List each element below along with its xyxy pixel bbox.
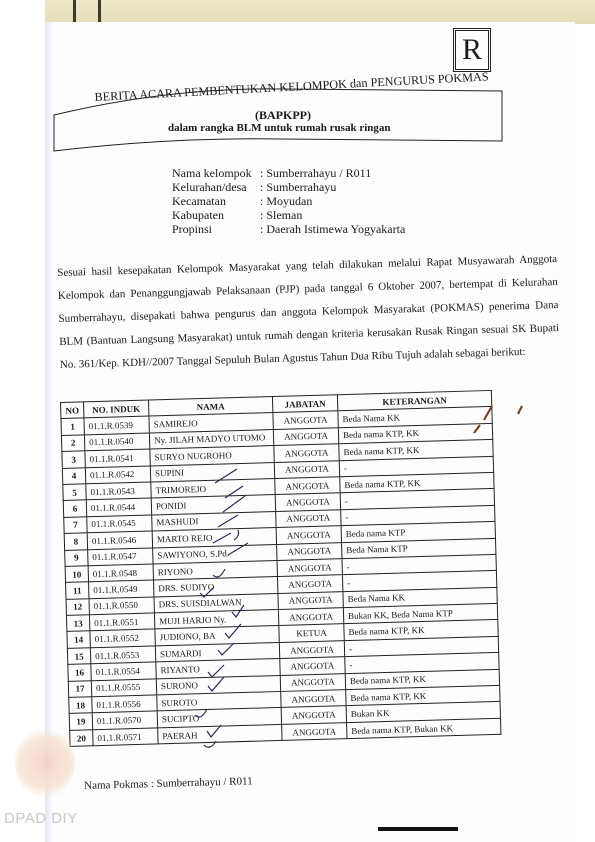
cell-jabatan: ANGGOTA — [275, 493, 340, 511]
info-row: Propinsi: Daerah Istimewa Yogyakarta — [172, 222, 405, 236]
cell-jabatan: ANGGOTA — [274, 444, 339, 462]
info-row: Kabupaten: Sleman — [172, 208, 405, 222]
cell-no: 13 — [66, 615, 89, 632]
cell-induk: 01.1.R.0541 — [85, 449, 150, 467]
cell-no: 3 — [62, 451, 85, 468]
binder-ring — [98, 0, 101, 22]
body-paragraph: Sesuai hasil kesepakatan Kelompok Masyar… — [57, 248, 560, 377]
cell-induk: 01.1.R.0542 — [85, 466, 150, 484]
cell-jabatan: ANGGOTA — [280, 657, 345, 675]
cell-no: 9 — [65, 549, 88, 566]
cell-jabatan: ANGGOTA — [277, 559, 342, 577]
document-purpose: dalam rangka BLM untuk rumah rusak ringa… — [168, 122, 391, 134]
cell-no: 12 — [66, 598, 89, 615]
binder-ring — [73, 0, 76, 22]
col-header-no: NO — [61, 402, 84, 419]
cell-induk: 01.1.R.0545 — [87, 515, 152, 533]
cell-no: 19 — [69, 713, 92, 730]
bottom-marker — [378, 827, 458, 831]
cell-induk: 01.1.R.0550 — [89, 597, 154, 615]
cell-jabatan: ANGGOTA — [282, 722, 347, 740]
cell-no: 10 — [65, 566, 88, 583]
cell-no: 8 — [64, 533, 87, 550]
cell-induk: 01.1.R.0551 — [89, 613, 154, 631]
cell-induk: 01.1.R.0547 — [88, 547, 153, 565]
col-header-induk: NO. INDUK — [84, 400, 149, 418]
members-table-wrapper: NO NO. INDUK NAMA JABATAN KETERANGAN 101… — [60, 390, 501, 747]
col-header-jabatan: JABATAN — [272, 395, 337, 413]
info-value: : Sumberrahayu — [260, 180, 336, 194]
cell-no: 1 — [61, 418, 84, 435]
cell-induk: 01.1.R.0552 — [90, 629, 155, 647]
info-label: Kelurahan/desa — [172, 180, 260, 194]
info-row: Kelurahan/desa: Sumberrahayu — [172, 180, 405, 194]
cell-induk: 01.1.R.0549 — [89, 580, 154, 598]
cell-no: 17 — [68, 680, 91, 697]
info-value: : Daerah Istimewa Yogyakarta — [260, 222, 405, 236]
cell-induk: 01.1.R.0544 — [86, 498, 151, 516]
info-value: : Moyudan — [260, 194, 312, 208]
info-value: : Sleman — [260, 208, 302, 222]
group-info: Nama kelompok: Sumberrahayu / R011 Kelur… — [172, 166, 405, 236]
cell-induk: 01.1.R.0570 — [92, 711, 157, 729]
cell-induk: 01.1.R.0555 — [91, 679, 156, 697]
cell-induk: 01.1.R.0553 — [90, 646, 155, 664]
cell-no: 7 — [64, 517, 87, 534]
cell-jabatan: ANGGOTA — [277, 575, 342, 593]
cell-jabatan: ANGGOTA — [279, 641, 344, 659]
info-row: Kecamatan: Moyudan — [172, 194, 405, 208]
info-row: Nama kelompok: Sumberrahayu / R011 — [172, 166, 405, 180]
cell-induk: 01.1.R.0554 — [91, 662, 156, 680]
members-table: NO NO. INDUK NAMA JABATAN KETERANGAN 101… — [60, 390, 501, 747]
cell-no: 5 — [63, 484, 86, 501]
cell-induk: 01.1.R.0546 — [87, 531, 152, 549]
info-label: Kecamatan — [172, 194, 260, 208]
cell-jabatan: ANGGOTA — [273, 411, 338, 429]
cell-jabatan: ANGGOTA — [280, 673, 345, 691]
cell-jabatan: ANGGOTA — [275, 477, 340, 495]
cell-no: 15 — [67, 648, 90, 665]
cell-induk: 01.1.R.0556 — [92, 695, 157, 713]
archive-watermark: DPAD DIY — [4, 810, 78, 827]
cell-jabatan: ANGGOTA — [273, 428, 338, 446]
cell-no: 6 — [63, 500, 86, 517]
cell-induk: 01.1.R.0543 — [86, 482, 151, 500]
members-table-body: 101.1.R.0539SAMIREJOANGGOTABeda Nama KK2… — [61, 407, 501, 747]
binder-edge — [45, 0, 595, 24]
cell-jabatan: ANGGOTA — [278, 608, 343, 626]
cell-no: 2 — [61, 435, 84, 452]
cell-no: 16 — [68, 664, 91, 681]
info-label: Nama kelompok — [172, 166, 260, 180]
cell-induk: 01.1.R.0539 — [84, 416, 149, 434]
cell-jabatan: ANGGOTA — [277, 542, 342, 560]
info-label: Propinsi — [172, 222, 260, 236]
info-label: Kabupaten — [172, 208, 260, 222]
cell-no: 11 — [66, 582, 89, 599]
cell-jabatan: ANGGOTA — [274, 460, 339, 478]
cell-nama: PAERAH — [158, 724, 282, 744]
cell-jabatan: ANGGOTA — [281, 706, 346, 724]
cell-induk: 01.1.R.0571 — [93, 728, 158, 746]
cell-jabatan: ANGGOTA — [276, 509, 341, 527]
cell-no: 20 — [70, 730, 93, 747]
cell-jabatan: ANGGOTA — [281, 690, 346, 708]
document-subtitle: (BAPKPP) — [255, 108, 311, 123]
cell-no: 18 — [69, 697, 92, 714]
cell-jabatan: ANGGOTA — [278, 591, 343, 609]
cell-no: 14 — [67, 631, 90, 648]
info-value: : Sumberrahayu / R011 — [260, 166, 371, 180]
corner-label-box: R — [453, 28, 491, 72]
emblem-watermark-icon — [15, 728, 75, 798]
cell-no: 4 — [62, 467, 85, 484]
cell-jabatan: ANGGOTA — [276, 526, 341, 544]
cell-induk: 01.1.R.0540 — [84, 433, 149, 451]
corner-label: R — [462, 33, 482, 67]
cell-jabatan: KETUA — [279, 624, 344, 642]
cell-induk: 01.1.R.0548 — [88, 564, 153, 582]
